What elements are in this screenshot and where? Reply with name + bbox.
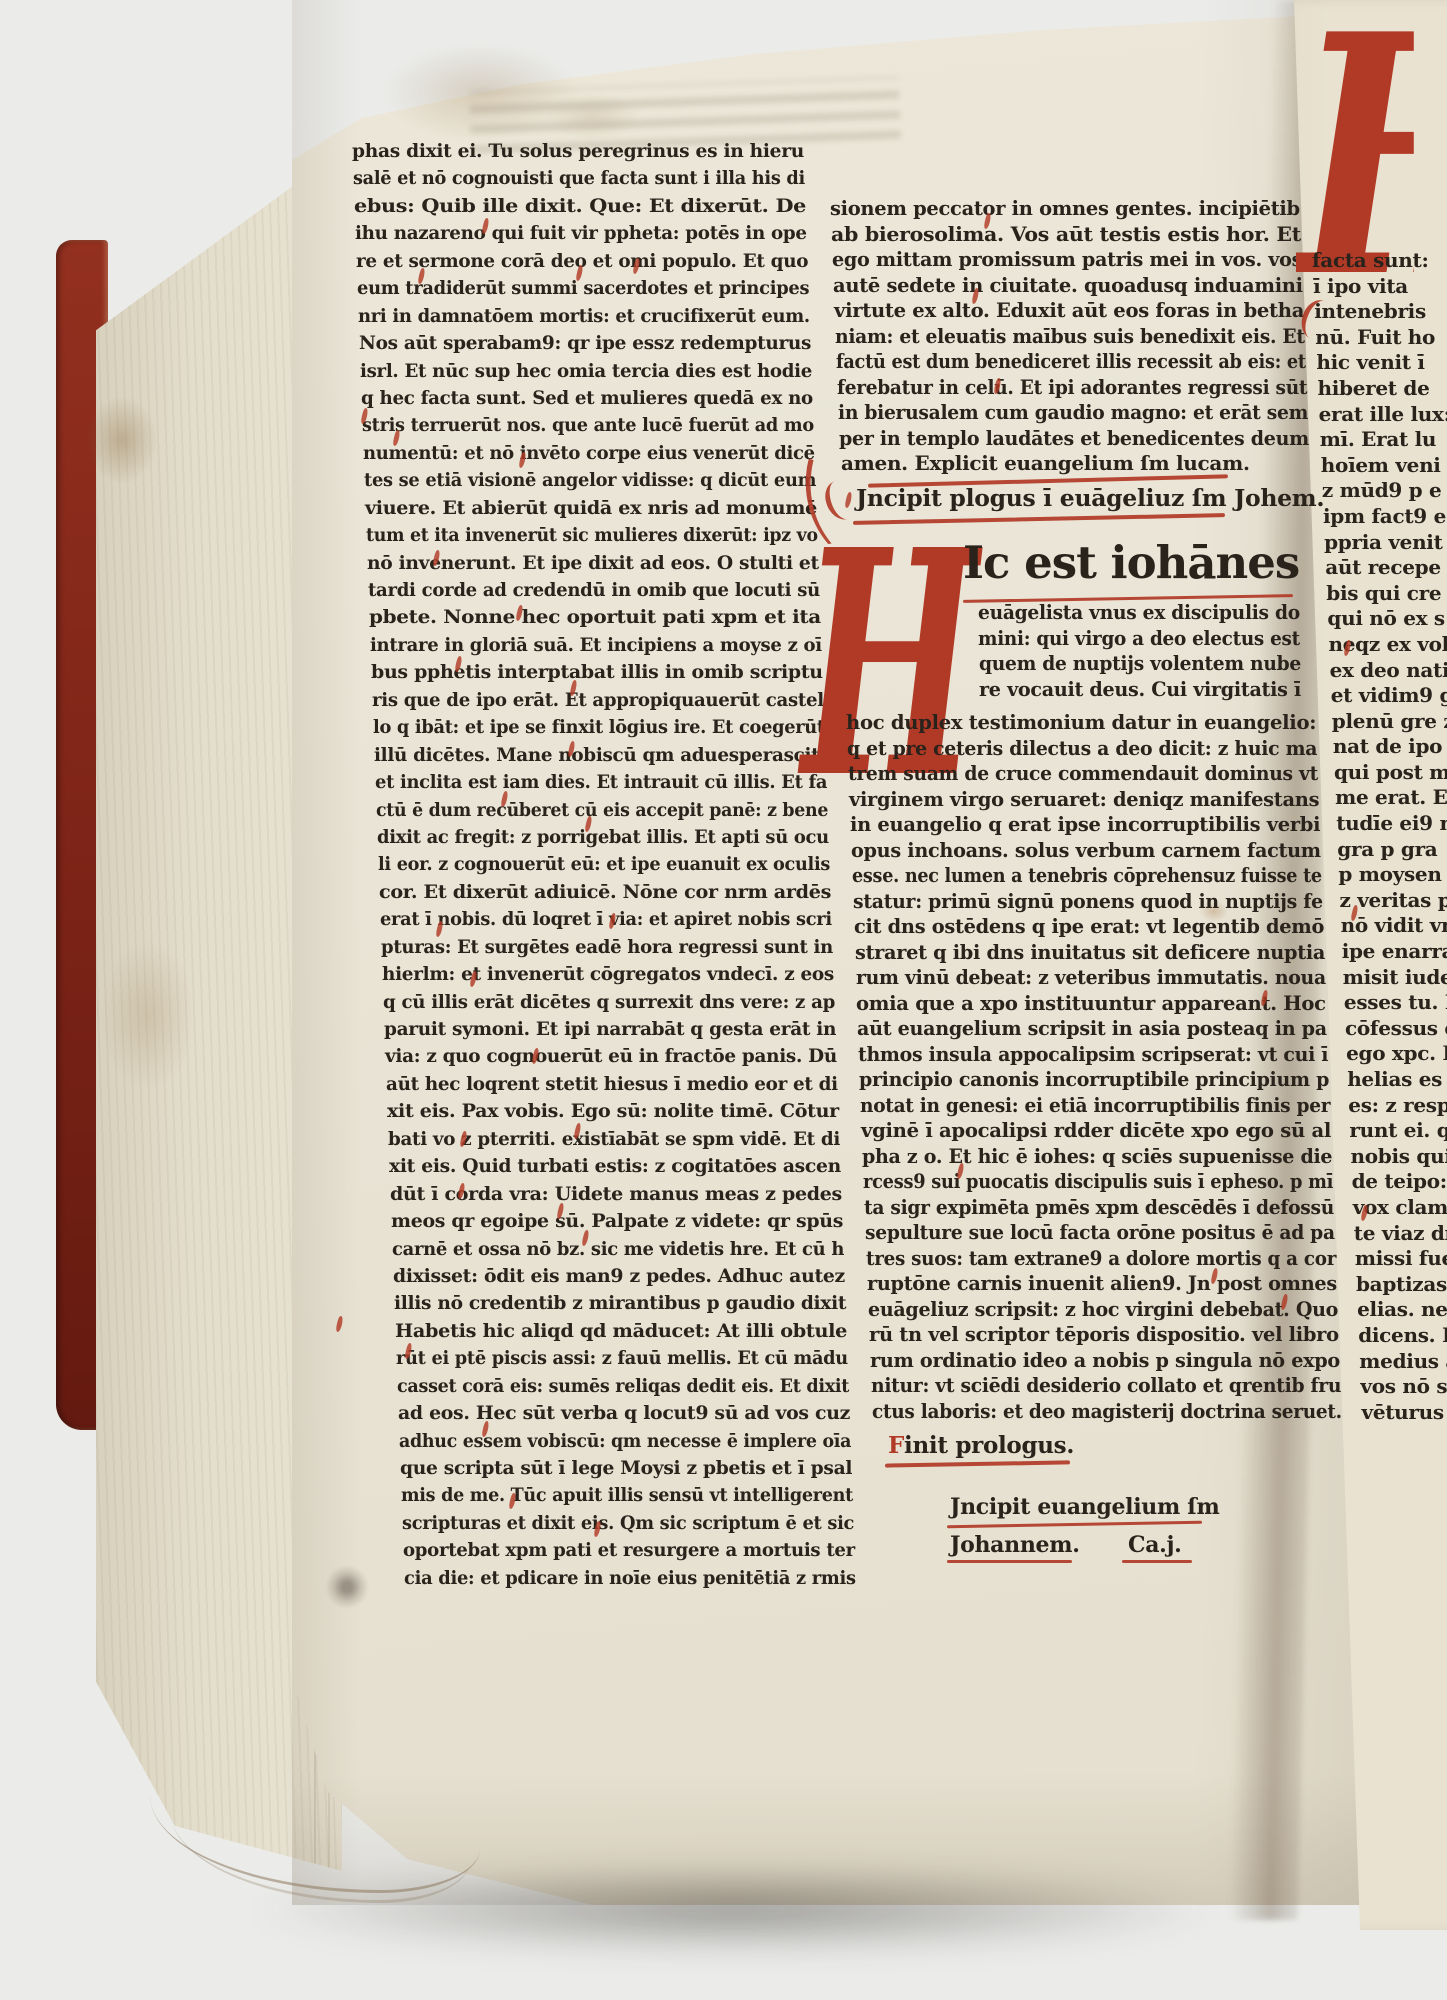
text-line: ppria venit [1324, 530, 1442, 556]
next-page-text-fragments: facta sunt:ī ipo vitaintenebrisnū. Fuit … [1312, 248, 1447, 1425]
text-line: Habetis hic aliqd qd māducet: At illi ob… [395, 1318, 847, 1345]
text-line: tudīe ei9 n [1336, 811, 1447, 837]
text-line: hierlm: et invenerūt cōgregatos vndecī. … [382, 961, 834, 988]
text-line: es: z respo [1348, 1093, 1447, 1119]
text-line: scripturas et dixit eis. Qm sic scriptum… [402, 1510, 854, 1537]
text-line: meos qr egoipe sū. Palpate z videte: qr … [391, 1208, 843, 1235]
text-line: esses tu. E [1344, 990, 1447, 1016]
text-line: hoc duplex testimonium datur in euangeli… [846, 710, 1316, 736]
text-line: gra p gra [1337, 837, 1437, 863]
text-line: in euangelio q erat ipse incorruptibilis… [850, 812, 1320, 838]
text-line: erat ille lux: [1319, 402, 1447, 428]
chapter-number: Ca.j. [1128, 1532, 1182, 1558]
text-line: dūt ī corda vra: Uidete manus meas z ped… [390, 1181, 842, 1208]
text-line: elias. neqz [1357, 1297, 1447, 1323]
text-line: phas dixit ei. Tu solus peregrinus es in… [352, 138, 804, 165]
text-line: Nos aūt sperabam9: qr ipe essz redemptur… [359, 330, 811, 357]
text-line: cōfessus ē [1345, 1016, 1447, 1042]
text-line: eum tradiderūt summi sacerdotes et princ… [357, 275, 809, 302]
text-line: notat in genesi: ei etiā incorruptibilis… [860, 1093, 1330, 1119]
text-line: misit iude [1343, 965, 1447, 991]
text-line: q cū illis erāt dicētes q surrexit dns v… [383, 989, 835, 1016]
text-line: niam: et eleuatis maībus suis benedixit … [835, 324, 1305, 350]
text-line: sepulture sue locū facta orōne positus ē… [865, 1220, 1335, 1246]
text-line: vos nō scit [1360, 1374, 1447, 1400]
text-line: rūt ei ptē piscis assi: z fauū mellis. E… [396, 1345, 848, 1372]
text-line: bis qui cre [1326, 581, 1441, 607]
text-line: straret q ibi dns inuitatus sit deficere… [855, 940, 1325, 966]
text-line: aūt hec loqrent stetit hiesus ī medio eo… [386, 1071, 838, 1098]
text-line: dicens. Ego [1358, 1323, 1447, 1349]
text-line: illū dicētes. Mane nobiscū qm aduesperas… [374, 742, 826, 769]
text-line: ad eos. Hec sūt verba q locut9 sū ad vos… [398, 1400, 850, 1427]
text-line: ctus laboris: et deo magisterij doctrina… [872, 1399, 1342, 1425]
text-line: ab bierosolima. Vos aūt testis estis hor… [831, 222, 1301, 248]
text-line: hiberet de [1318, 376, 1430, 402]
text-line: ī ipo vita [1313, 274, 1408, 300]
text-line: qui nō ex s [1327, 606, 1445, 632]
text-line: ipe enarra [1342, 939, 1447, 965]
text-line: principio canonis incorruptibile princip… [859, 1067, 1329, 1093]
text-line: tum et ita invenerūt sic mulieres dixerū… [366, 522, 818, 549]
text-line: tes se etiā visionē angelor vidisse: q d… [364, 467, 816, 494]
prologue-body-column: hoc duplex testimonium datur in euangeli… [846, 710, 1392, 1424]
text-line: ipm fact9 e [1323, 504, 1446, 530]
text-line: rum ordinatio ideo a nobis p singula nō … [870, 1348, 1340, 1374]
text-line: viuere. Et abierūt quidā ex nris ad monu… [365, 495, 817, 522]
text-line: ris que de ipo erāt. Et appropiquauerūt … [372, 687, 824, 714]
text-line: z mūd9 p e [1322, 478, 1442, 504]
explicit-luke-line: amen. Explicit euangelium ſm lucam. [841, 451, 1250, 475]
text-line: p moysen d [1338, 862, 1447, 888]
text-line: bus pphetis interptabat illis in omib sc… [371, 659, 823, 686]
text-line: facta sunt: [1312, 248, 1429, 274]
text-line: runt ei. qs [1349, 1118, 1447, 1144]
john-headline: Ic est iohānes [963, 536, 1299, 589]
text-line: q et pre ceteris dilectus a deo dicit: z… [847, 736, 1317, 762]
text-line: erat ī nobis. dū loqret ī via: et apiret… [380, 906, 832, 933]
text-line: vēturus ē: [1362, 1400, 1447, 1426]
text-line: cor. Et dixerūt adiuicē. Nōne cor nrm ar… [379, 879, 831, 906]
text-line: virginem virgo seruaret: deniqz manifest… [849, 787, 1319, 813]
text-line: oportebat xpm pati et resurgere a mortui… [403, 1537, 855, 1564]
text-line: intrare in gloriā suā. Et incipiens a mo… [370, 632, 822, 659]
text-line: factū est dum benediceret illis recessit… [836, 349, 1306, 375]
text-line: tres suos: tam extrane9 a dolore mortis … [866, 1246, 1336, 1272]
finit-red-initial: F [888, 1432, 904, 1459]
text-line: et vidim9 g [1331, 683, 1447, 709]
text-line: tardi corde ad credendū in omib que locu… [368, 577, 820, 604]
incipit-john-line-2: Johannem. [950, 1532, 1080, 1558]
text-line: de teipo: A [1352, 1169, 1447, 1195]
text-line: ego mittam promissum patris mei in vos. … [832, 247, 1302, 273]
text-line: xit eis. Pax vobis. Ego sū: nolite timē.… [387, 1098, 839, 1125]
text-line: ihu nazareno qui fuit vir ppheta: potēs … [355, 220, 807, 247]
text-line: hic venit ī [1316, 350, 1424, 376]
text-line: ebus: Quib ille dixit. Que: Et dixerūt. … [354, 193, 806, 220]
text-line: euāgeliuz scripsit: z hoc virgini debeba… [868, 1297, 1338, 1323]
text-line: autē sedete in ciuitate. quoadusq induam… [833, 273, 1303, 299]
text-line: re et sermone corā deo et omi populo. Et… [356, 248, 808, 275]
text-line: omia que a xpo instituuntur appareant. H… [856, 991, 1326, 1017]
text-line: ruptōne carnis inuenit alien9. Jn post o… [867, 1271, 1337, 1297]
red-underline [1122, 1560, 1192, 1563]
text-line: pha z o. Et hic ē iohes: q sciēs supueni… [862, 1144, 1332, 1170]
finit-prologus-line: Finit prologus. [888, 1432, 1074, 1459]
text-line: nobis qui m [1351, 1144, 1447, 1170]
text-line: ex deo nati [1330, 658, 1447, 684]
text-line: stris terruerūt nos. que ante lucē fuerū… [362, 412, 814, 439]
paper-stain [86, 396, 158, 484]
text-line: carnē et ossa nō bz. sic me videtis hre.… [392, 1236, 844, 1263]
text-line: trem suam de cruce commendauit dominus v… [848, 761, 1318, 787]
right-text-column-luke-ending: sionem peccator in omnes gentes. incipiē… [830, 196, 1367, 451]
text-line: missi fuerā [1355, 1246, 1447, 1272]
text-line: nū. Fuit ho [1315, 325, 1435, 351]
paper-stain [100, 940, 195, 1090]
text-line: quem de nuptijs volentem nube [979, 651, 1301, 677]
text-line: rum vinū debeat: z veteribus immutatis. … [856, 965, 1326, 991]
text-line: in bierusalem cum gaudio magno: et erāt … [838, 400, 1308, 426]
text-line: aūt euangelium scripsit in asia posteaq … [857, 1016, 1327, 1042]
text-line: hoīem veni [1321, 453, 1441, 479]
text-line: que scripta sūt ī lege Moysi z pbetis et… [400, 1455, 852, 1482]
text-line: neqz ex vol [1329, 632, 1447, 658]
text-line: qui post me [1334, 760, 1447, 786]
text-line: medius aūt [1359, 1349, 1447, 1375]
text-line: nō vidit vnq [1341, 913, 1447, 939]
text-line: nri in damnatōem mortis: et crucifixerūt… [358, 303, 810, 330]
text-line: euāgelista vnus ex discipulis do [978, 600, 1300, 626]
text-line: q hec facta sunt. Sed et mulieres quedā … [361, 385, 813, 412]
text-line: paruit symoni. Et ipi narrabāt q gesta e… [384, 1016, 836, 1043]
text-line: ta sigr expimēta pmēs xpm descēdēs ī def… [864, 1195, 1334, 1221]
text-line: z veritas p [1340, 888, 1447, 914]
text-line: ego xpc. Et [1346, 1041, 1447, 1067]
text-line: helias es tu: [1347, 1067, 1447, 1093]
text-line: statur: primū signū ponens quod in nupti… [853, 889, 1323, 915]
text-line: te viaz dni [1354, 1221, 1447, 1247]
text-line: nat de ipo [1333, 734, 1442, 760]
text-line: baptizas si [1356, 1272, 1447, 1298]
text-line: vginē ī apocalipsi rdder dicēte xpo ego … [861, 1118, 1331, 1144]
text-line: illis nō credentib z mirantibus p gaudio… [394, 1290, 846, 1317]
text-line: lo q ibāt: et ipe se finxit lōgius ire. … [373, 714, 825, 741]
text-line: nitur: vt sciēdi desiderio collato et qr… [871, 1373, 1341, 1399]
text-line: plenū gre z [1332, 709, 1447, 735]
text-line: adhuc essem vobiscū: qm necesse ē impler… [399, 1428, 851, 1455]
text-line: ctū ē dum recūberet cū eis accepit panē:… [376, 797, 828, 824]
text-line: et inclita est iam dies. Et intrauit cū … [375, 769, 827, 796]
text-line: thmos insula appocalipsim scripserat: vt… [858, 1042, 1328, 1068]
red-underline [947, 1560, 1072, 1563]
incipit-john-line-1: Jncipit euangelium ſm [950, 1494, 1219, 1520]
text-line: bati vo z pterriti. existīabāt se spm vi… [388, 1126, 840, 1153]
text-line: isrl. Et nūc sup hec omia tercia dies es… [360, 358, 812, 385]
text-line: rcess9 sui puocatis discipulis suis ī ep… [863, 1169, 1333, 1195]
text-line: cit dns ostēdens q ipe erat: vt legentib… [854, 914, 1324, 940]
text-line: cia die: et pdicare in noīe eius penitēt… [404, 1565, 856, 1592]
text-line: dixisset: ōdit eis man9 z pedes. Adhuc a… [393, 1263, 845, 1290]
text-line: vox clamā [1353, 1195, 1447, 1221]
finit-rest: init prologus. [904, 1432, 1074, 1459]
text-line: mis de me. Tūc apuit illis sensū vt inte… [401, 1482, 853, 1509]
text-line: pbete. Nonne hec oportuit pati xpm et it… [369, 604, 821, 631]
left-text-column: phas dixit ei. Tu solus peregrinus es in… [352, 138, 879, 1592]
text-line: xit eis. Quid turbati estis: z cogitatōe… [389, 1153, 841, 1180]
text-line: ferebatur in celū. Et ipi adorantes regr… [837, 375, 1307, 401]
text-line: re vocauit deus. Cui virgitatis ī [979, 677, 1301, 703]
text-line: rū tn vel scriptor tēporis dispositio. v… [869, 1322, 1339, 1348]
book-photo: phas dixit ei. Tu solus peregrinus es in… [0, 0, 1447, 2000]
text-line: salē et nō cognouisti que facta sunt i i… [353, 165, 805, 192]
text-line: sionem peccator in omnes gentes. incipiē… [830, 196, 1300, 222]
text-line: opus inchoans. solus verbum carnem factu… [851, 838, 1321, 864]
text-line: esse. nec lumen a tenebris cōprehensuz f… [852, 863, 1322, 889]
text-line: casset corā eis: sumēs reliqas dedit eis… [397, 1373, 849, 1400]
text-line: intenebris [1314, 299, 1426, 325]
text-line: li eor. z cognouerūt eū: et ipe euanuit … [378, 851, 830, 878]
text-line: mī. Erat lu [1320, 427, 1436, 453]
text-line: aūt recepe [1325, 555, 1441, 581]
text-line: mini: qui virgo a deo electus est [978, 626, 1300, 652]
text-beside-initial: euāgelista vnus ex discipulis domini: qu… [978, 600, 1328, 702]
text-line: nō invenerunt. Et ipe dixit ad eos. O st… [367, 550, 819, 577]
text-line: pturas: Et surgētes eadē hora regressi s… [381, 934, 833, 961]
text-line: me erat. E [1335, 785, 1447, 811]
text-line: virtute ex alto. Eduxit aūt eos foras in… [834, 298, 1304, 324]
text-line: via: z quo cognouerūt eū in fractōe pani… [385, 1043, 837, 1070]
text-line: dixit ac fregit: z porrigebat illis. Et … [377, 824, 829, 851]
text-line: numentū: et nō invēto corpe eius venerūt… [363, 440, 815, 467]
text-line: per in templo laudātes et benedicentes d… [839, 426, 1309, 452]
